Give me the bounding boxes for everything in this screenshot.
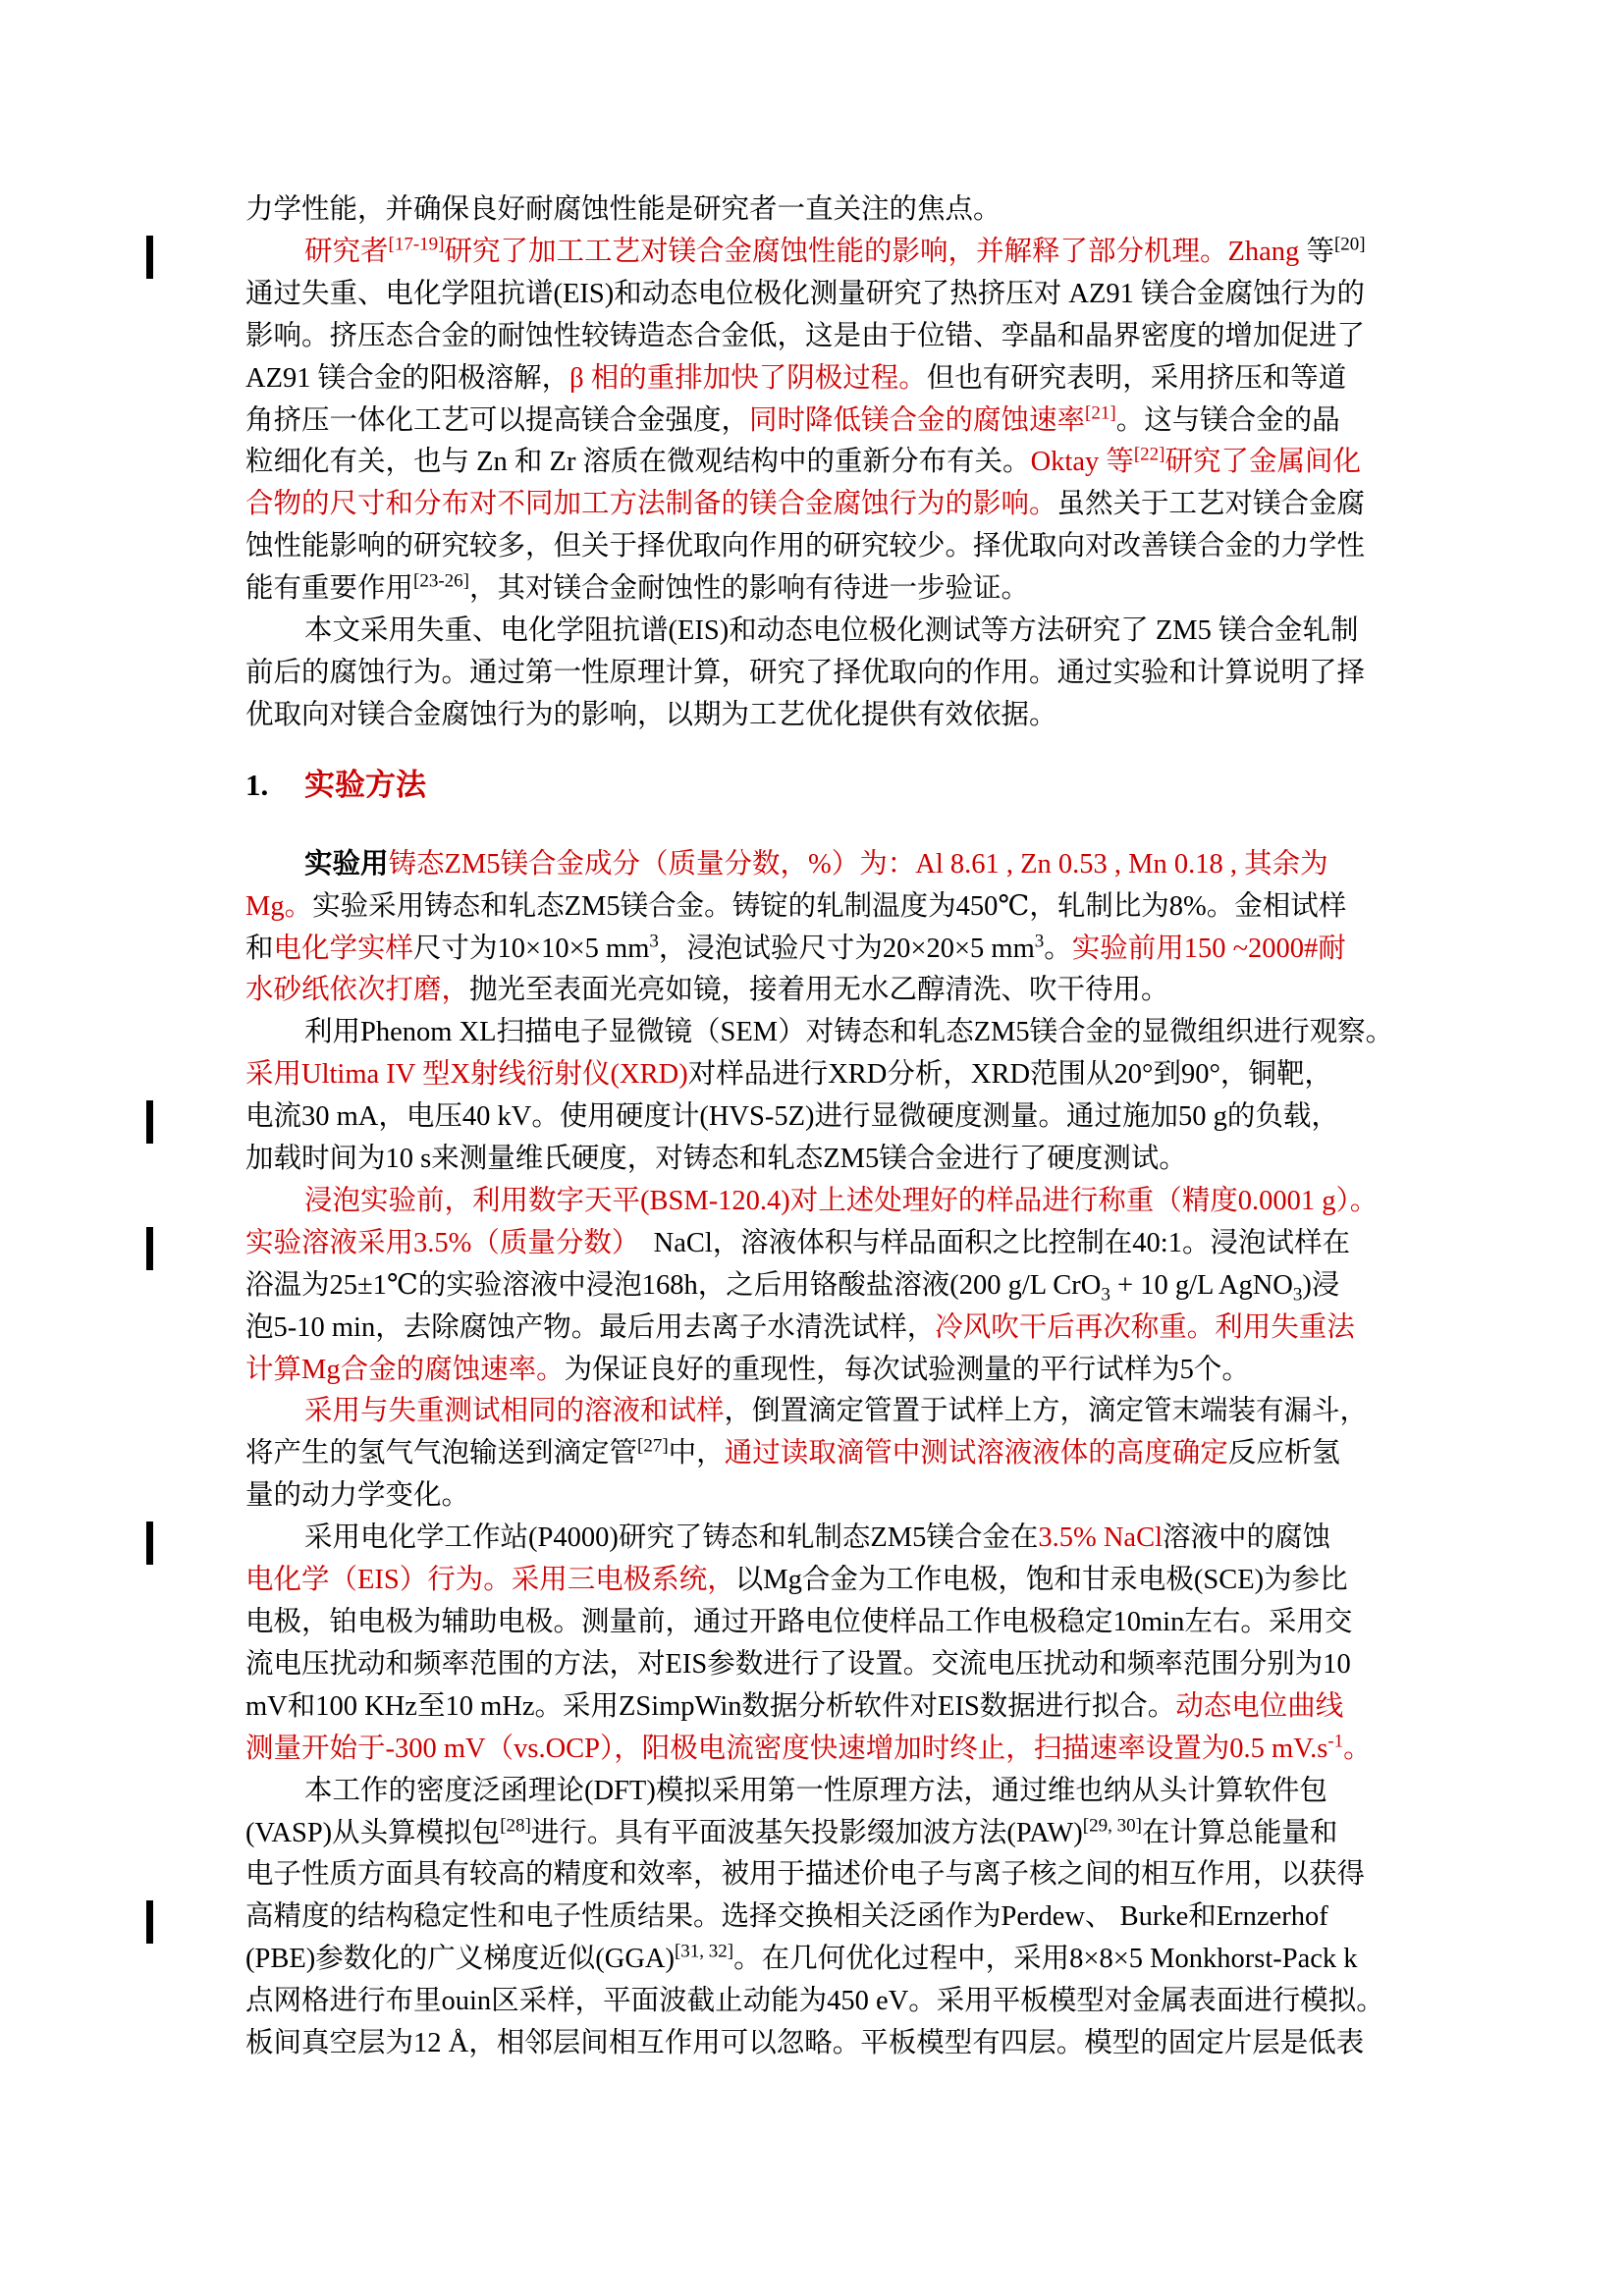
text-line: 量的动力学变化。 — [245, 1475, 1384, 1518]
revision-change-bar — [146, 1900, 153, 1944]
text-segment: 采用与失重测试相同的溶液和试样 — [304, 1396, 725, 1426]
text-segment: 粒细化有关，也与 Zn 和 Zr 溶质在微观结构中的重新分布有关。 — [245, 447, 1031, 477]
reference-mark: [23-26] — [413, 571, 469, 592]
text-line: 实验溶液采用3.5%（质量分数） NaCl，溶液体积与样品面积之比控制在40:1… — [245, 1223, 1384, 1265]
text-line: 实验用铸态ZM5镁合金成分（质量分数，%）为：Al 8.61 , Zn 0.53… — [245, 844, 1384, 886]
text-segment: 研究者 — [304, 237, 389, 267]
text-segment: 影响。挤压态合金的耐蚀性较铸造态合金低，这是由于位错、孪晶和晶界密度的增加促进了 — [245, 321, 1365, 351]
section-title: 实验方法 — [304, 768, 426, 802]
text-segment: 冷风吹干后再次称重。利用失重法 — [935, 1312, 1355, 1343]
text-segment: 抛光至表面光亮如镜，接着用无水乙醇清洗、吹干待用。 — [469, 975, 1169, 1005]
text-line: 浸泡实验前，利用数字天平(BSM-120.4)对上述处理好的样品进行称重（精度0… — [245, 1181, 1384, 1223]
text-line: (VASP)从头算模拟包[28]进行。具有平面波基矢投影缀加波方法(PAW)[2… — [245, 1813, 1384, 1855]
text-line: AZ91 镁合金的阳极溶解，β 相的重排加快了阴极过程。但也有研究表明，采用挤压… — [245, 358, 1384, 400]
text-segment: 以Mg合金为工作电极，饱和甘汞电极(SCE)为参比 — [735, 1565, 1348, 1595]
text-segment: 采用Ultima IV 型X射线衍射仪(XRD) — [245, 1059, 688, 1090]
text-segment: 实验采用铸态和轧态ZM5镁合金。铸锭的轧制温度为450℃，轧制比为8%。金相试样 — [312, 891, 1346, 922]
text-segment: 浸泡实验前，利用数字天平(BSM-120.4)对上述处理好的样品进行称重（精度0… — [304, 1186, 1378, 1216]
text-segment: β 相的重排加快了阴极过程。 — [569, 363, 927, 394]
text-line: 采用电化学工作站(P4000)研究了铸态和轧制态ZM5镁合金在3.5% NaCl… — [245, 1518, 1384, 1560]
text-segment: 浴温为25±1℃的实验溶液中浸泡168h，之后用铬酸盐溶液(200 g/L Cr… — [245, 1270, 1101, 1301]
text-segment: 加载时间为10 s来测量维氏硬度，对铸态和轧态ZM5镁合金进行了硬度测试。 — [245, 1144, 1187, 1174]
text-segment: 在计算总能量和 — [1142, 1818, 1338, 1848]
text-line: (PBE)参数化的广义梯度近似(GGA)[31, 32]。在几何优化过程中，采用… — [245, 1939, 1384, 1981]
text-segment: Oktay 等 — [1031, 447, 1134, 477]
document-page: 力学性能，并确保良好耐腐蚀性能是研究者一直关注的焦点。研究者[17-19]研究了… — [0, 0, 1624, 2296]
text-line: 采用Ultima IV 型X射线衍射仪(XRD)对样品进行XRD分析，XRD范围… — [245, 1054, 1384, 1096]
text-segment: + 10 g/L AgNO — [1110, 1270, 1293, 1301]
text-segment: 。这与镁合金的晶 — [1116, 405, 1340, 436]
reference-mark: 3 — [1101, 1284, 1110, 1305]
section-heading: 1.实验方法 — [245, 765, 1384, 807]
text-line: 影响。挤压态合金的耐蚀性较铸造态合金低，这是由于位错、孪晶和晶界密度的增加促进了 — [245, 316, 1384, 358]
text-segment: 板间真空层为12 Å，相邻层间相互作用可以忽略。平板模型有四层。模型的固定片层是… — [245, 2028, 1364, 2058]
paragraph: 本文采用失重、电化学阻抗谱(EIS)和动态电位极化测试等方法研究了 ZM5 镁合… — [245, 611, 1384, 737]
text-segment: 量的动力学变化。 — [245, 1480, 469, 1511]
text-segment: 。在几何优化过程中，采用8×8×5 Monkhorst-Pack k — [733, 1944, 1357, 1974]
text-segment: 蚀性能影响的研究较多，但关于择优取向作用的研究较少。择优取向对改善镁合金的力学性 — [245, 531, 1365, 561]
text-line: 研究者[17-19]研究了加工工艺对镁合金腐蚀性能的影响，并解释了部分机理。Zh… — [245, 232, 1384, 274]
revision-change-bar — [146, 1522, 153, 1565]
paragraph: 采用电化学工作站(P4000)研究了铸态和轧制态ZM5镁合金在3.5% NaCl… — [245, 1518, 1384, 1770]
text-segment: 泡5-10 min，去除腐蚀产物。最后用去离子水清洗试样， — [245, 1312, 935, 1343]
reference-mark: [27] — [637, 1436, 669, 1457]
text-segment: 将产生的氢气气泡输送到滴定管 — [245, 1438, 637, 1468]
text-segment: 虽然关于工艺对镁合金腐 — [1057, 489, 1366, 519]
text-line: 电极，铂电极为辅助电极。测量前，通过开路电位使样品工作电极稳定10min左右。采… — [245, 1602, 1384, 1644]
text-segment: 本工作的密度泛函理论(DFT)模拟采用第一性原理方法，通过维也纳从头计算软件包 — [304, 1776, 1327, 1806]
revision-change-bar — [146, 1100, 153, 1144]
text-segment: 为保证良好的重现性，每次试验测量的平行试样为5个。 — [565, 1355, 1250, 1385]
text-segment: 实验溶液采用3.5%（质量分数） — [245, 1228, 639, 1258]
text-segment: 进行。具有平面波基矢投影缀加波方法(PAW) — [531, 1818, 1083, 1848]
text-line: 水砂纸依次打磨，抛光至表面光亮如镜，接着用无水乙醇清洗、吹干待用。 — [245, 970, 1384, 1012]
text-segment: 3.5% NaCl — [1038, 1522, 1163, 1553]
reference-mark: 3 — [649, 931, 659, 951]
text-segment: 研究了加工工艺对镁合金腐蚀性能的影响，并解释了部分机理。Zhang — [445, 237, 1307, 267]
paragraph: 浸泡实验前，利用数字天平(BSM-120.4)对上述处理好的样品进行称重（精度0… — [245, 1181, 1384, 1392]
text-segment: 采用电化学工作站(P4000)研究了铸态和轧制态ZM5镁合金在 — [304, 1522, 1038, 1553]
text-segment: 合物的尺寸和分布对不同加工方法制备的镁合金腐蚀行为的影响。 — [245, 489, 1057, 519]
text-line: 电流30 mA，电压40 kV。使用硬度计(HVS-5Z)进行显微硬度测量。通过… — [245, 1096, 1384, 1139]
text-line: 蚀性能影响的研究较多，但关于择优取向作用的研究较少。择优取向对改善镁合金的力学性 — [245, 526, 1384, 568]
reference-mark: [21] — [1085, 402, 1116, 423]
text-segment: 本文采用失重、电化学阻抗谱(EIS)和动态电位极化测试等方法研究了 ZM5 镁合… — [304, 615, 1358, 646]
text-segment: 前后的腐蚀行为。通过第一性原理计算，研究了择优取向的作用。通过实验和计算说明了择 — [245, 658, 1365, 688]
paragraph: 利用Phenom XL扫描电子显微镜（SEM）对铸态和轧态ZM5镁合金的显微组织… — [245, 1012, 1384, 1181]
text-line: 测量开始于-300 mV（vs.OCP），阳极电流密度快速增加时终止，扫描速率设… — [245, 1729, 1384, 1771]
paragraph: 研究者[17-19]研究了加工工艺对镁合金腐蚀性能的影响，并解释了部分机理。Zh… — [245, 232, 1384, 611]
reference-mark: 3 — [1293, 1284, 1303, 1305]
text-line: 利用Phenom XL扫描电子显微镜（SEM）对铸态和轧态ZM5镁合金的显微组织… — [245, 1012, 1384, 1054]
reference-mark: -1 — [1327, 1731, 1343, 1751]
text-line: 泡5-10 min，去除腐蚀产物。最后用去离子水清洗试样，冷风吹干后再次称重。利… — [245, 1308, 1384, 1350]
text-line: 和电化学实样尺寸为10×10×5 mm3，浸泡试验尺寸为20×20×5 mm3。… — [245, 929, 1384, 971]
text-segment: NaCl，溶液体积与样品面积之比控制在40:1。浸泡试样在 — [639, 1228, 1350, 1258]
text-line: 点网格进行布里ouin区采样，平面波截止动能为450 eV。采用平板模型对金属表… — [245, 1981, 1384, 2023]
text-segment: ，其对镁合金耐蚀性的影响有待进一步验证。 — [469, 573, 1029, 604]
text-segment: 对样品进行XRD分析，XRD范围从20°到90°，铜靶， — [688, 1059, 1332, 1090]
text-line: 优取向对镁合金腐蚀行为的影响，以期为工艺优化提供有效依据。 — [245, 695, 1384, 737]
paragraph: 采用与失重测试相同的溶液和试样，倒置滴定管置于试样上方，滴定管末端装有漏斗，将产… — [245, 1391, 1384, 1518]
text-segment: 力学性能，并确保良好耐腐蚀性能是研究者一直关注的焦点。 — [245, 194, 1001, 225]
text-segment: 实验用 — [304, 849, 389, 880]
text-segment: (PBE)参数化的广义梯度近似(GGA) — [245, 1944, 675, 1974]
text-segment: 和 — [245, 934, 274, 964]
text-segment: 流电压扰动和频率范围的方法，对EIS参数进行了设置。交流电压扰动和频率范围分别为… — [245, 1649, 1351, 1680]
text-line: 电子性质方面具有较高的精度和效率，被用于描述价电子与离子核之间的相互作用，以获得 — [245, 1854, 1384, 1896]
text-segment: 尺寸为10×10×5 mm — [413, 934, 649, 964]
text-segment: 通过读取滴管中测试溶液液体的高度确定 — [725, 1438, 1228, 1468]
paragraph: 实验用铸态ZM5镁合金成分（质量分数，%）为：Al 8.61 , Zn 0.53… — [245, 844, 1384, 1013]
text-segment: 点网格进行布里ouin区采样，平面波截止动能为450 eV。采用平板模型对金属表… — [245, 1986, 1384, 2016]
paragraph: 本工作的密度泛函理论(DFT)模拟采用第一性原理方法，通过维也纳从头计算软件包(… — [245, 1771, 1384, 2065]
text-segment: AZ91 镁合金的阳极溶解， — [245, 363, 569, 394]
reference-mark: [17-19] — [389, 234, 445, 254]
text-line: 本文采用失重、电化学阻抗谱(EIS)和动态电位极化测试等方法研究了 ZM5 镁合… — [245, 611, 1384, 653]
text-line: mV和100 KHz至10 mHz。采用ZSimpWin数据分析软件对EIS数据… — [245, 1686, 1384, 1729]
text-line: 力学性能，并确保良好耐腐蚀性能是研究者一直关注的焦点。 — [245, 189, 1384, 232]
text-segment: 但也有研究表明，采用挤压和等道 — [927, 363, 1347, 394]
text-segment: ，浸泡试验尺寸为20×20×5 mm — [659, 934, 1035, 964]
text-segment: 同时降低镁合金的腐蚀速率 — [749, 405, 1085, 436]
revision-change-bar — [146, 236, 153, 279]
text-segment: 反应析氢 — [1228, 1438, 1340, 1468]
text-segment: 电化学实样 — [274, 934, 414, 964]
text-line: Mg。实验采用铸态和轧态ZM5镁合金。铸锭的轧制温度为450℃，轧制比为8%。金… — [245, 886, 1384, 929]
paragraph: 力学性能，并确保良好耐腐蚀性能是研究者一直关注的焦点。 — [245, 189, 1384, 232]
reference-mark: [20] — [1334, 234, 1366, 254]
text-line: 角挤压一体化工艺可以提高镁合金强度，同时降低镁合金的腐蚀速率[21]。这与镁合金… — [245, 400, 1384, 443]
text-line: 本工作的密度泛函理论(DFT)模拟采用第一性原理方法，通过维也纳从头计算软件包 — [245, 1771, 1384, 1813]
text-segment: mV和100 KHz至10 mHz。采用ZSimpWin数据分析软件对EIS数据… — [245, 1691, 1175, 1722]
text-line: 合物的尺寸和分布对不同加工方法制备的镁合金腐蚀行为的影响。虽然关于工艺对镁合金腐 — [245, 484, 1384, 526]
text-line: 能有重要作用[23-26]，其对镁合金耐蚀性的影响有待进一步验证。 — [245, 568, 1384, 611]
text-segment: 。 — [1044, 934, 1072, 964]
text-segment: 电流30 mA，电压40 kV。使用硬度计(HVS-5Z)进行显微硬度测量。通过… — [245, 1101, 1339, 1132]
text-line: 将产生的氢气气泡输送到滴定管[27]中，通过读取滴管中测试溶液液体的高度确定反应… — [245, 1433, 1384, 1475]
text-line: 流电压扰动和频率范围的方法，对EIS参数进行了设置。交流电压扰动和频率范围分别为… — [245, 1644, 1384, 1686]
text-segment: 测量开始于-300 mV（vs.OCP），阳极电流密度快速增加时终止，扫描速率设… — [245, 1734, 1327, 1764]
reference-mark: [31, 32] — [675, 1942, 733, 1962]
text-line: 计算Mg合金的腐蚀速率。为保证良好的重现性，每次试验测量的平行试样为5个。 — [245, 1350, 1384, 1392]
text-line: 电化学（EIS）行为。采用三电极系统，以Mg合金为工作电极，饱和甘汞电极(SCE… — [245, 1560, 1384, 1602]
text-segment: 等 — [1306, 237, 1334, 267]
reference-mark: [22] — [1134, 445, 1165, 465]
text-segment: 计算Mg合金的腐蚀速率。 — [245, 1355, 565, 1385]
text-segment: 电极，铂电极为辅助电极。测量前，通过开路电位使样品工作电极稳定10min左右。采… — [245, 1607, 1352, 1637]
document-text: 力学性能，并确保良好耐腐蚀性能是研究者一直关注的焦点。研究者[17-19]研究了… — [245, 189, 1384, 2065]
text-segment: 溶液中的腐蚀 — [1163, 1522, 1330, 1553]
text-segment: 铸态ZM5镁合金成分（质量分数，%）为：Al 8.61 , Zn 0.53 , … — [389, 849, 1328, 880]
revision-change-bar — [146, 1227, 153, 1270]
text-line: 高精度的结构稳定性和电子性质结果。选择交换相关泛函作为Perdew、 Burke… — [245, 1896, 1384, 1939]
text-segment: Mg。 — [245, 891, 312, 922]
text-line: 板间真空层为12 Å，相邻层间相互作用可以忽略。平板模型有四层。模型的固定片层是… — [245, 2023, 1384, 2065]
text-segment: 电化学（EIS）行为。采用三电极系统， — [245, 1565, 735, 1595]
text-line: 加载时间为10 s来测量维氏硬度，对铸态和轧态ZM5镁合金进行了硬度测试。 — [245, 1139, 1384, 1181]
text-segment: 通过失重、电化学阻抗谱(EIS)和动态电位极化测量研究了热挤压对 AZ91 镁合… — [245, 279, 1365, 309]
text-segment: )浸 — [1302, 1270, 1339, 1301]
reference-mark: 3 — [1035, 931, 1045, 951]
text-line: 采用与失重测试相同的溶液和试样，倒置滴定管置于试样上方，滴定管末端装有漏斗， — [245, 1391, 1384, 1433]
text-segment: 利用Phenom XL扫描电子显微镜（SEM）对铸态和轧态ZM5镁合金的显微组织… — [304, 1017, 1393, 1047]
text-segment: 实验前用150 ~2000#耐 — [1072, 934, 1346, 964]
text-segment: 能有重要作用 — [245, 573, 413, 604]
text-segment: 动态电位曲线 — [1175, 1691, 1343, 1722]
reference-mark: [29, 30] — [1083, 1815, 1142, 1836]
text-segment: 优取向对镁合金腐蚀行为的影响，以期为工艺优化提供有效依据。 — [245, 700, 1057, 730]
reference-mark: [28] — [500, 1815, 531, 1836]
text-segment: 水砂纸依次打磨， — [245, 975, 469, 1005]
section-number: 1. — [245, 765, 304, 807]
text-segment: 研究了金属间化 — [1165, 447, 1362, 477]
text-segment: 。 — [1343, 1734, 1372, 1764]
text-line: 通过失重、电化学阻抗谱(EIS)和动态电位极化测量研究了热挤压对 AZ91 镁合… — [245, 274, 1384, 316]
text-segment: 中， — [669, 1438, 725, 1468]
text-line: 前后的腐蚀行为。通过第一性原理计算，研究了择优取向的作用。通过实验和计算说明了择 — [245, 653, 1384, 695]
text-line: 粒细化有关，也与 Zn 和 Zr 溶质在微观结构中的重新分布有关。Oktay 等… — [245, 442, 1384, 484]
text-segment: 角挤压一体化工艺可以提高镁合金强度， — [245, 405, 749, 436]
text-segment: 高精度的结构稳定性和电子性质结果。选择交换相关泛函作为Perdew、 Burke… — [245, 1901, 1328, 1932]
text-segment: ，倒置滴定管置于试样上方，滴定管末端装有漏斗， — [725, 1396, 1369, 1426]
text-line: 浴温为25±1℃的实验溶液中浸泡168h，之后用铬酸盐溶液(200 g/L Cr… — [245, 1265, 1384, 1308]
text-segment: (VASP)从头算模拟包 — [245, 1818, 500, 1848]
text-segment: 电子性质方面具有较高的精度和效率，被用于描述价电子与离子核之间的相互作用，以获得 — [245, 1859, 1365, 1890]
